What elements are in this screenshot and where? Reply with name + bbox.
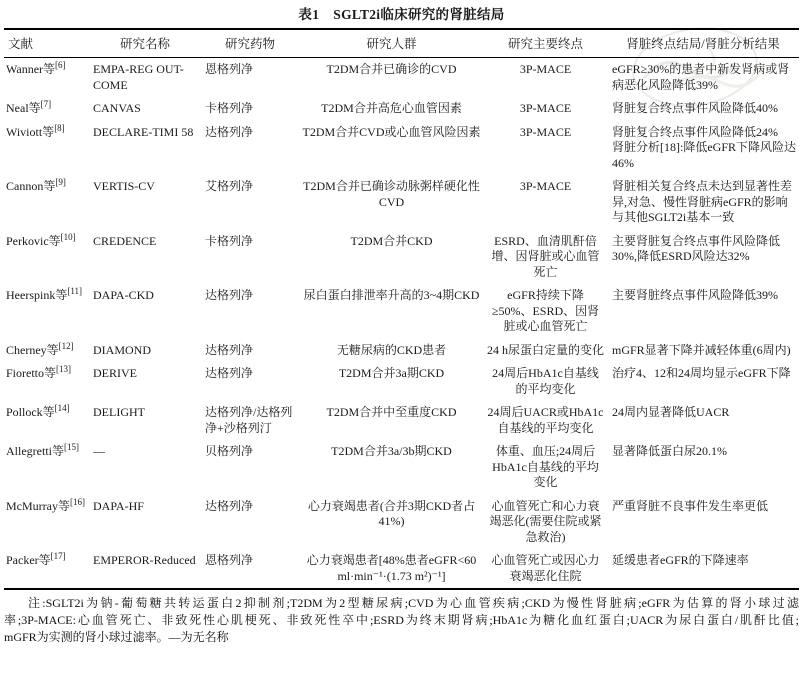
cell-endpoint: 3P-MACE [484, 121, 607, 176]
cell-population: T2DM合并3a期CKD [299, 362, 484, 401]
reference-superscript: [17] [51, 551, 66, 561]
footnote-line: mGFR为实测的肾小球过滤率。—为无名称 [4, 629, 799, 646]
column-header-4: 研究主要终点 [484, 29, 607, 58]
cell-study: DAPA-HF [89, 495, 201, 550]
cell-study: VERTIS-CV [89, 175, 201, 230]
cell-drug: 贝格列净 [201, 440, 299, 495]
column-header-3: 研究人群 [299, 29, 484, 58]
reference-author: McMurray等 [6, 499, 70, 513]
column-header-5: 肾脏终点结局/肾脏分析结果 [607, 29, 799, 58]
column-header-0: 文献 [4, 29, 89, 58]
cell-outcome: mGFR显著下降并减轻体重(6周内) [607, 339, 799, 363]
cell-reference: Wanner等[6] [4, 58, 89, 98]
cell-outcome: 主要肾脏复合终点事件风险降低30%,降低ESRD风险达32% [607, 230, 799, 285]
cell-reference: Packer等[17] [4, 549, 89, 589]
table-row: Pollock等[14]DELIGHT达格列净/达格列净+沙格列汀T2DM合并中… [4, 401, 799, 440]
cell-drug: 达格列净/达格列净+沙格列汀 [201, 401, 299, 440]
cell-drug: 恩格列净 [201, 549, 299, 589]
reference-superscript: [14] [55, 403, 70, 413]
cell-endpoint: 心血管死亡和心力衰竭恶化(需要住院或紧急救治) [484, 495, 607, 550]
cell-endpoint: eGFR持续下降≥50%、ESRD、因肾脏或心血管死亡 [484, 284, 607, 339]
table-row: Packer等[17]EMPEROR-Reduced恩格列净心力衰竭患者[48%… [4, 549, 799, 589]
clinical-studies-table: 文献研究名称研究药物研究人群研究主要终点肾脏终点结局/肾脏分析结果 Wanner… [4, 28, 799, 590]
cell-outcome: 24周内显著降低UACR [607, 401, 799, 440]
cell-population: T2DM合并已确诊动脉粥样硬化性CVD [299, 175, 484, 230]
column-header-2: 研究药物 [201, 29, 299, 58]
cell-study: EMPA-REG OUT-COME [89, 58, 201, 98]
table-title: SGLT2i临床研究的肾脏结局 [333, 7, 504, 22]
table-row: Allegretti等[15]—贝格列净T2DM合并3a/3b期CKD体重、血压… [4, 440, 799, 495]
reference-author: Pollock等 [6, 405, 55, 419]
table-caption: 表1SGLT2i临床研究的肾脏结局 [4, 3, 799, 28]
cell-outcome: 肾脏复合终点事件风险降低24% 肾脏分析[18]:降低eGFR下降风险达46% [607, 121, 799, 176]
table-header-row: 文献研究名称研究药物研究人群研究主要终点肾脏终点结局/肾脏分析结果 [4, 29, 799, 58]
reference-superscript: [13] [56, 364, 71, 374]
table-row: Heerspink等[11]DAPA-CKD达格列净尿白蛋白排泄率升高的3~4期… [4, 284, 799, 339]
cell-drug: 恩格列净 [201, 58, 299, 98]
cell-population: T2DM合并3a/3b期CKD [299, 440, 484, 495]
cell-population: 心力衰竭患者(合并3期CKD者占41%) [299, 495, 484, 550]
cell-drug: 达格列净 [201, 284, 299, 339]
cell-population: 尿白蛋白排泄率升高的3~4期CKD [299, 284, 484, 339]
cell-outcome: 延缓患者eGFR的下降速率 [607, 549, 799, 589]
cell-endpoint: 24 h尿蛋白定量的变化 [484, 339, 607, 363]
footnote-line: 注:SGLT2i为钠-葡萄糖共转运蛋白2抑制剂;T2DM为2型糖尿病;CVD为心… [4, 595, 799, 612]
cell-outcome: eGFR≥30%的患者中新发肾病或肾病恶化风险降低39% [607, 58, 799, 98]
table-footnote: 注:SGLT2i为钠-葡萄糖共转运蛋白2抑制剂;T2DM为2型糖尿病;CVD为心… [4, 590, 799, 646]
table-row: Wanner等[6]EMPA-REG OUT-COME恩格列净T2DM合并已确诊… [4, 58, 799, 98]
reference-superscript: [9] [55, 177, 66, 187]
cell-endpoint: 3P-MACE [484, 175, 607, 230]
reference-author: Allegretti等 [6, 444, 64, 458]
cell-study: DECLARE-TIMI 58 [89, 121, 201, 176]
cell-study: — [89, 440, 201, 495]
cell-population: T2DM合并CKD [299, 230, 484, 285]
cell-reference: Heerspink等[11] [4, 284, 89, 339]
cell-outcome: 肾脏复合终点事件风险降低40% [607, 97, 799, 121]
reference-author: Fioretto等 [6, 366, 56, 380]
cell-drug: 达格列净 [201, 339, 299, 363]
cell-drug: 达格列净 [201, 121, 299, 176]
cell-drug: 达格列净 [201, 362, 299, 401]
cell-population: 无糖尿病的CKD患者 [299, 339, 484, 363]
footnote-line: 率;3P-MACE:心血管死亡、非致死性心肌梗死、非致死性卒中;ESRD为终末期… [4, 612, 799, 629]
cell-reference: Wiviott等[8] [4, 121, 89, 176]
reference-author: Wiviott等 [6, 125, 54, 139]
table-page: 表1SGLT2i临床研究的肾脏结局 文献研究名称研究药物研究人群研究主要终点肾脏… [0, 0, 803, 682]
table-row: Wiviott等[8]DECLARE-TIMI 58达格列净T2DM合并CVD或… [4, 121, 799, 176]
cell-study: CREDENCE [89, 230, 201, 285]
cell-reference: Cannon等[9] [4, 175, 89, 230]
cell-outcome: 严重肾脏不良事件发生率更低 [607, 495, 799, 550]
reference-superscript: [15] [64, 442, 79, 452]
cell-reference: McMurray等[16] [4, 495, 89, 550]
reference-author: Neal等 [6, 101, 41, 115]
cell-endpoint: 24周后HbA1c自基线的平均变化 [484, 362, 607, 401]
cell-study: DIAMOND [89, 339, 201, 363]
cell-study: EMPEROR-Reduced [89, 549, 201, 589]
cell-endpoint: 3P-MACE [484, 58, 607, 98]
reference-superscript: [16] [70, 497, 85, 507]
reference-superscript: [11] [67, 286, 82, 296]
cell-study: CANVAS [89, 97, 201, 121]
cell-population: T2DM合并CVD或心血管风险因素 [299, 121, 484, 176]
cell-outcome: 显著降低蛋白尿20.1% [607, 440, 799, 495]
reference-superscript: [6] [55, 60, 66, 70]
cell-endpoint: 体重、血压;24周后HbA1c自基线的平均变化 [484, 440, 607, 495]
reference-superscript: [7] [41, 99, 52, 109]
cell-endpoint: ESRD、血清肌酐倍增、因肾脏或心血管死亡 [484, 230, 607, 285]
reference-author: Packer等 [6, 553, 51, 567]
table-row: Cherney等[12]DIAMOND达格列净无糖尿病的CKD患者24 h尿蛋白… [4, 339, 799, 363]
reference-author: Perkovic等 [6, 234, 61, 248]
cell-reference: Cherney等[12] [4, 339, 89, 363]
cell-outcome: 肾脏相关复合终点未达到显著性差异,对急、慢性肾脏病eGFR的影响与其他SGLT2… [607, 175, 799, 230]
table-row: Perkovic等[10]CREDENCE卡格列净T2DM合并CKDESRD、血… [4, 230, 799, 285]
reference-author: Heerspink等 [6, 288, 67, 302]
cell-drug: 达格列净 [201, 495, 299, 550]
column-header-1: 研究名称 [89, 29, 201, 58]
cell-reference: Allegretti等[15] [4, 440, 89, 495]
cell-reference: Neal等[7] [4, 97, 89, 121]
cell-study: DELIGHT [89, 401, 201, 440]
cell-drug: 卡格列净 [201, 230, 299, 285]
reference-author: Cannon等 [6, 179, 55, 193]
cell-population: T2DM合并已确诊的CVD [299, 58, 484, 98]
table-row: Neal等[7]CANVAS卡格列净T2DM合并高危心血管因素3P-MACE肾脏… [4, 97, 799, 121]
cell-drug: 卡格列净 [201, 97, 299, 121]
cell-reference: Perkovic等[10] [4, 230, 89, 285]
cell-reference: Pollock等[14] [4, 401, 89, 440]
cell-endpoint: 24周后UACR或HbA1c自基线的平均变化 [484, 401, 607, 440]
table-label: 表1 [298, 7, 319, 22]
cell-endpoint: 心血管死亡或因心力衰竭恶化住院 [484, 549, 607, 589]
cell-population: T2DM合并高危心血管因素 [299, 97, 484, 121]
cell-endpoint: 3P-MACE [484, 97, 607, 121]
reference-superscript: [8] [54, 123, 65, 133]
cell-reference: Fioretto等[13] [4, 362, 89, 401]
cell-drug: 艾格列净 [201, 175, 299, 230]
cell-population: T2DM合并中至重度CKD [299, 401, 484, 440]
cell-outcome: 治疗4、12和24周均显示eGFR下降 [607, 362, 799, 401]
reference-author: Cherney等 [6, 343, 59, 357]
reference-superscript: [12] [59, 341, 74, 351]
reference-author: Wanner等 [6, 62, 55, 76]
table-row: Fioretto等[13]DERIVE达格列净T2DM合并3a期CKD24周后H… [4, 362, 799, 401]
cell-population: 心力衰竭患者[48%患者eGFR<60 ml·min⁻¹·(1.73 m²)⁻¹… [299, 549, 484, 589]
cell-study: DAPA-CKD [89, 284, 201, 339]
reference-superscript: [10] [61, 232, 76, 242]
cell-outcome: 主要肾脏终点事件风险降低39% [607, 284, 799, 339]
table-row: Cannon等[9]VERTIS-CV艾格列净T2DM合并已确诊动脉粥样硬化性C… [4, 175, 799, 230]
cell-study: DERIVE [89, 362, 201, 401]
table-row: McMurray等[16]DAPA-HF达格列净心力衰竭患者(合并3期CKD者占… [4, 495, 799, 550]
